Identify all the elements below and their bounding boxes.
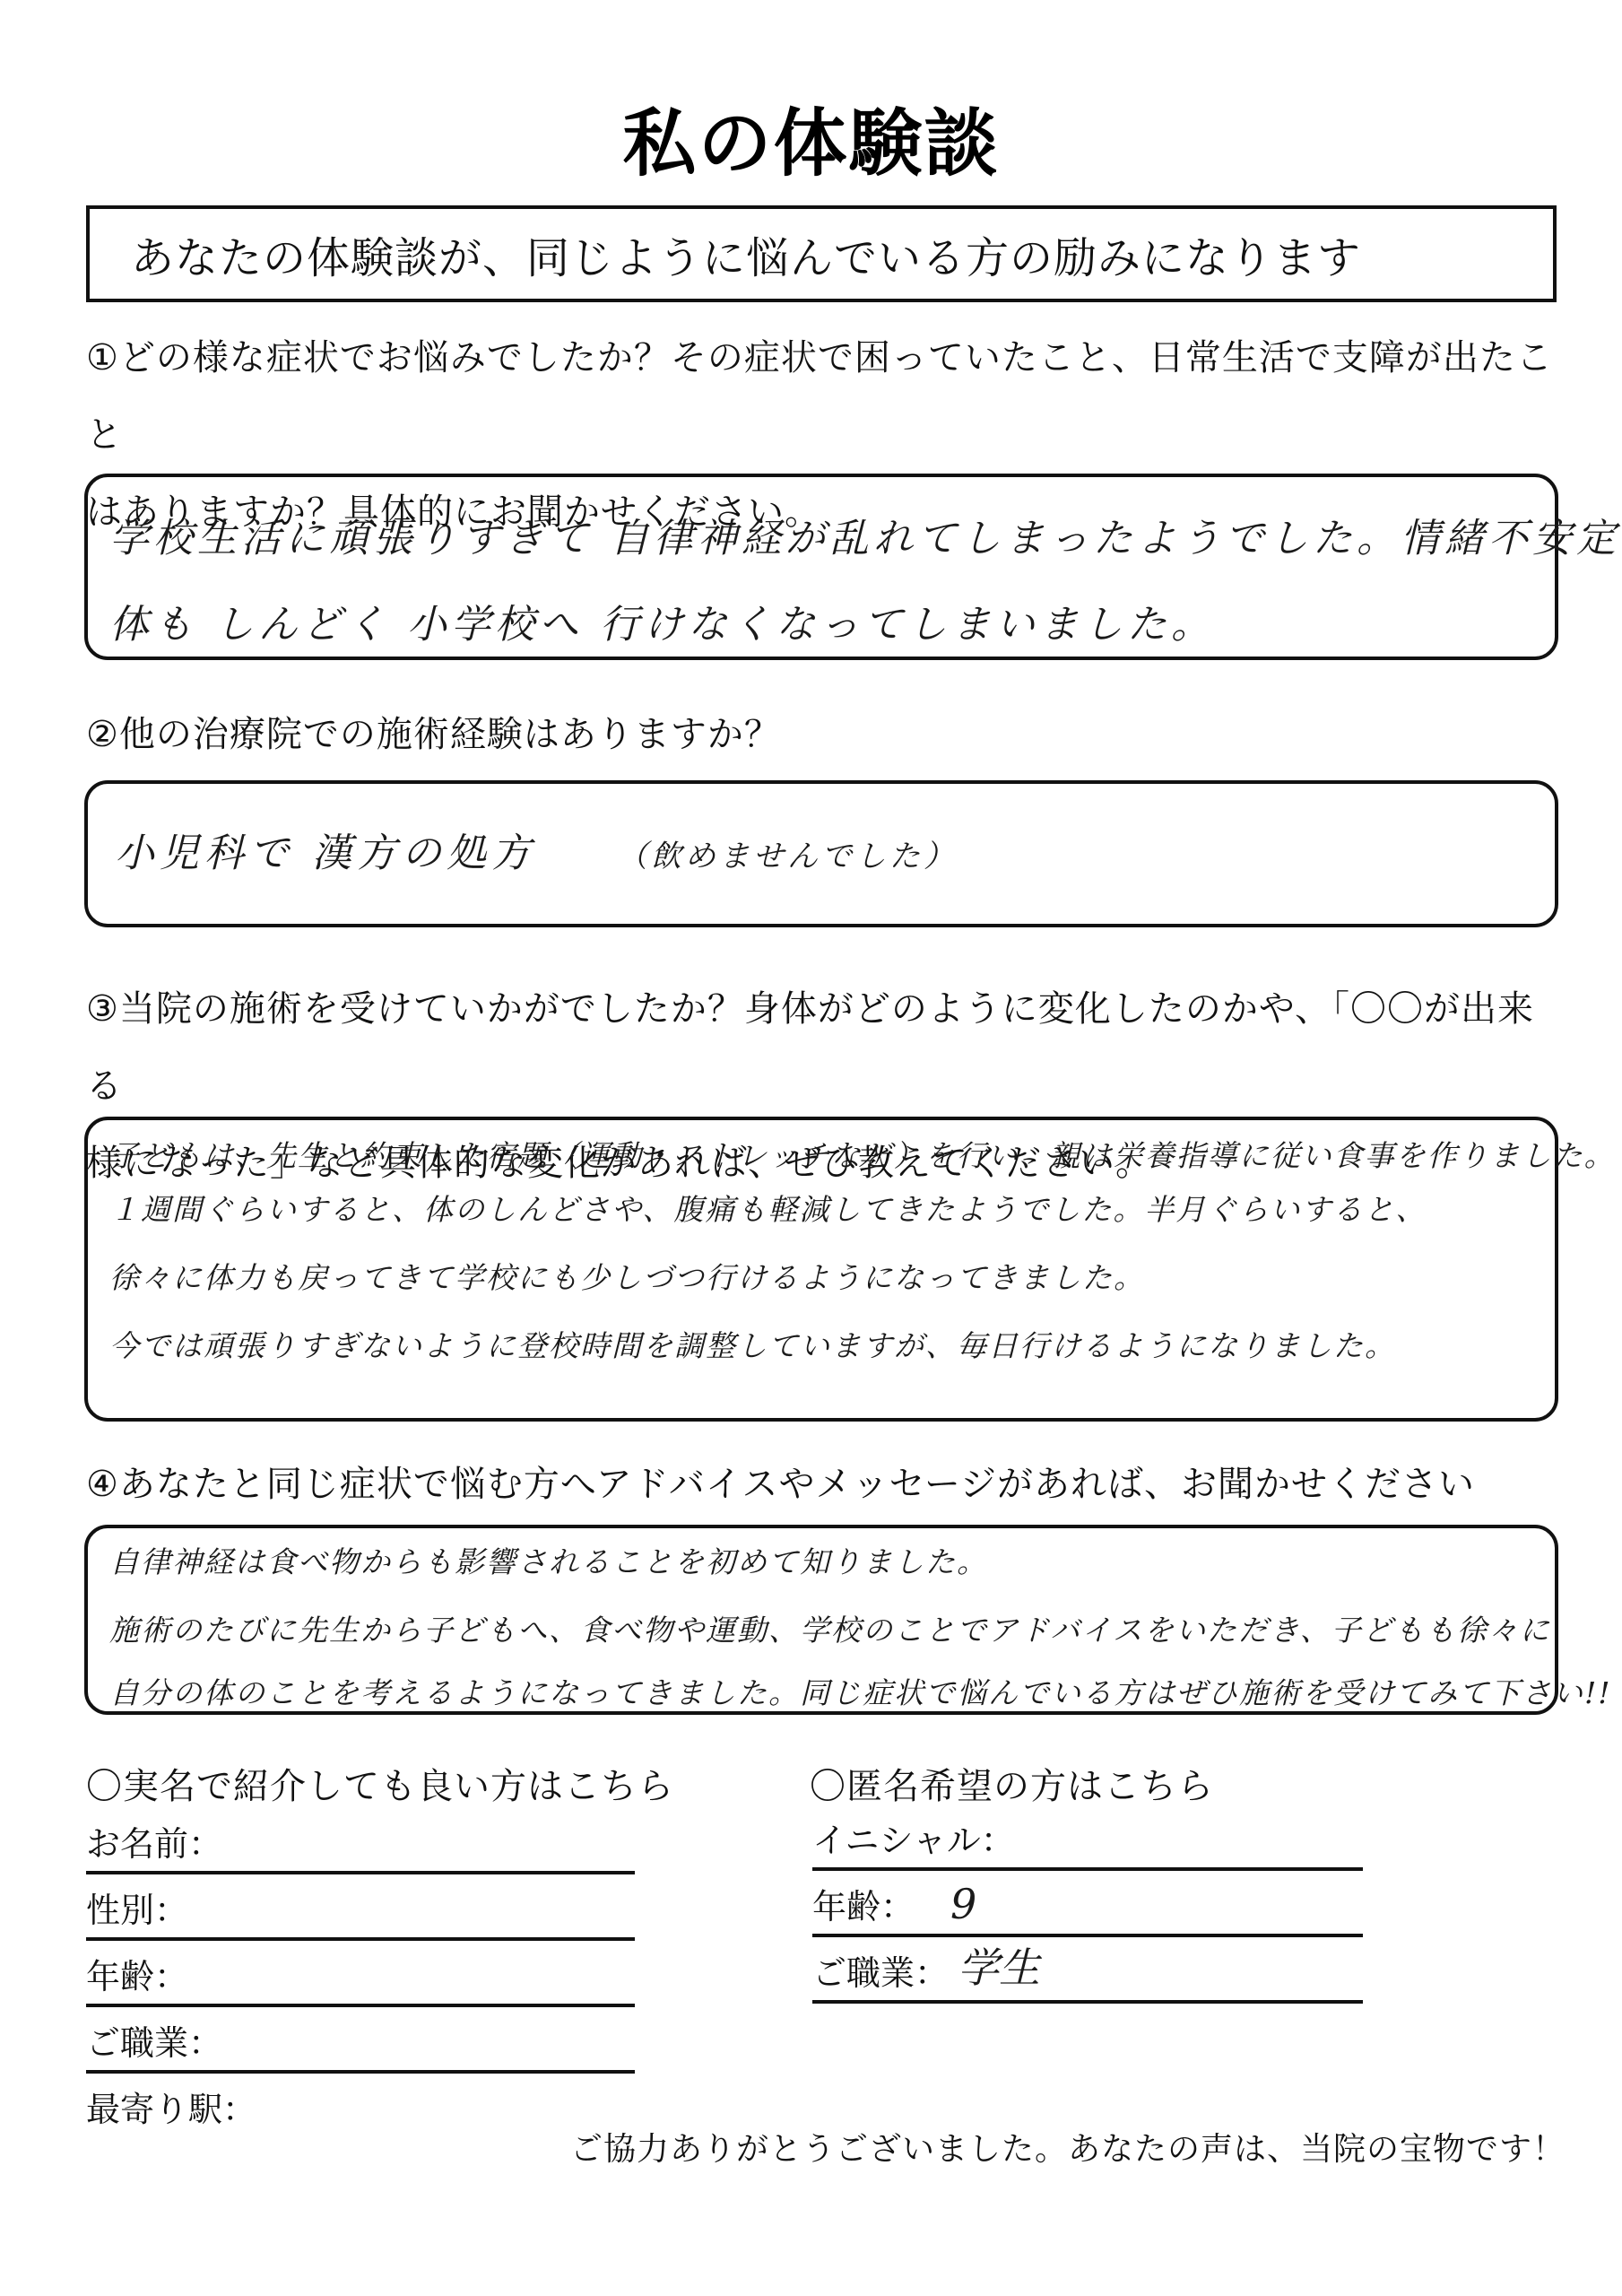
- answer-box-4[interactable]: 自律神経は食べ物からも影響されることを初めて知りました。 施術のたびに先生から子…: [84, 1525, 1558, 1715]
- age-label: 年齢：: [86, 1949, 188, 1998]
- thanks-footer: ご協力ありがとうございました。あなたの声は、当院の宝物です！: [570, 2124, 1566, 2170]
- question-2: ②他の治療院での施術経験はありますか？: [86, 696, 1557, 773]
- occupation-label: ご職業：: [86, 2015, 222, 2065]
- intro-banner: あなたの体験談が、同じように悩んでいる方の励みになります: [86, 205, 1557, 302]
- real-name-form: お名前： 性別： 年齢： ご職業： 最寄り駅：: [86, 1813, 635, 2136]
- name-field[interactable]: お名前：: [86, 1813, 635, 1874]
- initials-label: イニシャル：: [812, 1813, 1015, 1862]
- anon-occupation-field[interactable]: ご職業： 学生: [812, 1943, 1363, 2004]
- answer-2-main: 小児科で 漢方の処方: [115, 831, 536, 876]
- anonymous-form: イニシャル： 年齢： 9 ご職業： 学生: [812, 1810, 1363, 2004]
- gender-field[interactable]: 性別：: [86, 1880, 635, 1941]
- answer-box-1[interactable]: 学校生活に頑張りすぎて 自律神経が乱れてしまったようでした。情緒不安定になり 体…: [84, 474, 1558, 660]
- nearest-station-label: 最寄り駅：: [86, 2082, 256, 2131]
- name-label: お名前：: [86, 1816, 222, 1865]
- anon-age-value: 9: [950, 1880, 976, 1928]
- anonymous-heading: 〇匿名希望の方はこちら: [810, 1758, 1214, 1809]
- age-field[interactable]: 年齢：: [86, 1946, 635, 2007]
- question-1-line-1: ①どの様な症状でお悩みでしたか？その症状で困っていたこと、日常生活で支障が出たこ…: [86, 319, 1557, 474]
- question-4: ④あなたと同じ症状で悩む方へアドバイスやメッセージがあれば、お聞かせください: [86, 1446, 1557, 1523]
- banner-text: あなたの体験談が、同じように悩んでいる方の励みになります: [131, 223, 1361, 285]
- nearest-station-field[interactable]: 最寄り駅：: [86, 2079, 635, 2136]
- initials-field[interactable]: イニシャル：: [812, 1810, 1363, 1871]
- anon-age-label: 年齢：: [812, 1879, 915, 1928]
- anon-occupation-value: 学生: [958, 1935, 1040, 1995]
- question-3-line-1: ③当院の施術を受けていかがでしたか？身体がどのように変化したのかや、「〇〇が出来…: [86, 970, 1557, 1125]
- page-title: 私の体験談: [0, 85, 1622, 190]
- answer-4-line-1: 自律神経は食べ物からも影響されることを初めて知りました。: [109, 1528, 1533, 1596]
- occupation-field[interactable]: ご職業：: [86, 2013, 635, 2074]
- answer-4-line-3: 自分の体のことを考えるようになってきました。同じ症状で悩んでいる方はぜひ施術を受…: [109, 1659, 1533, 1727]
- answer-4-line-2: 施術のたびに先生から子どもへ、食べ物や運動、学校のことでアドバイスをいただき、子…: [109, 1596, 1533, 1665]
- answer-2-note: （飲めませんでした）: [617, 839, 958, 874]
- answer-box-2[interactable]: 小児科で 漢方の処方 （飲めませんでした）: [84, 780, 1558, 927]
- answer-3-line-3: 徐々に体力も戻ってきて学校にも少しづつ行けるようになってきました。: [109, 1246, 1533, 1310]
- answer-1-line-2: 体も しんどく 小学校へ 行けなくなってしまいました。: [109, 576, 1533, 674]
- gender-label: 性別：: [86, 1883, 188, 1932]
- answer-1-line-1: 学校生活に頑張りすぎて 自律神経が乱れてしまったようでした。情緒不安定になり: [109, 490, 1533, 588]
- anon-age-field[interactable]: 年齢： 9: [812, 1876, 1363, 1937]
- answer-3-line-2: １週間ぐらいすると、体のしんどさや、腹痛も軽減してきたようでした。半月ぐらいする…: [109, 1178, 1533, 1242]
- anon-occupation-label: ご職業：: [812, 1945, 949, 1995]
- answer-3-line-4: 今では頑張りすぎないように登校時間を調整していますが、毎日行けるようになりました…: [109, 1314, 1533, 1378]
- real-name-heading: 〇実名で紹介しても良い方はこちら: [86, 1758, 674, 1809]
- answer-box-3[interactable]: 子どもは、先生と約束した宿題（運動・ストレッチなど）を行い、親は栄養指導に従い食…: [84, 1117, 1558, 1422]
- question-2-line-1: ②他の治療院での施術経験はありますか？: [86, 696, 1557, 773]
- question-4-line-1: ④あなたと同じ症状で悩む方へアドバイスやメッセージがあれば、お聞かせください: [86, 1446, 1557, 1523]
